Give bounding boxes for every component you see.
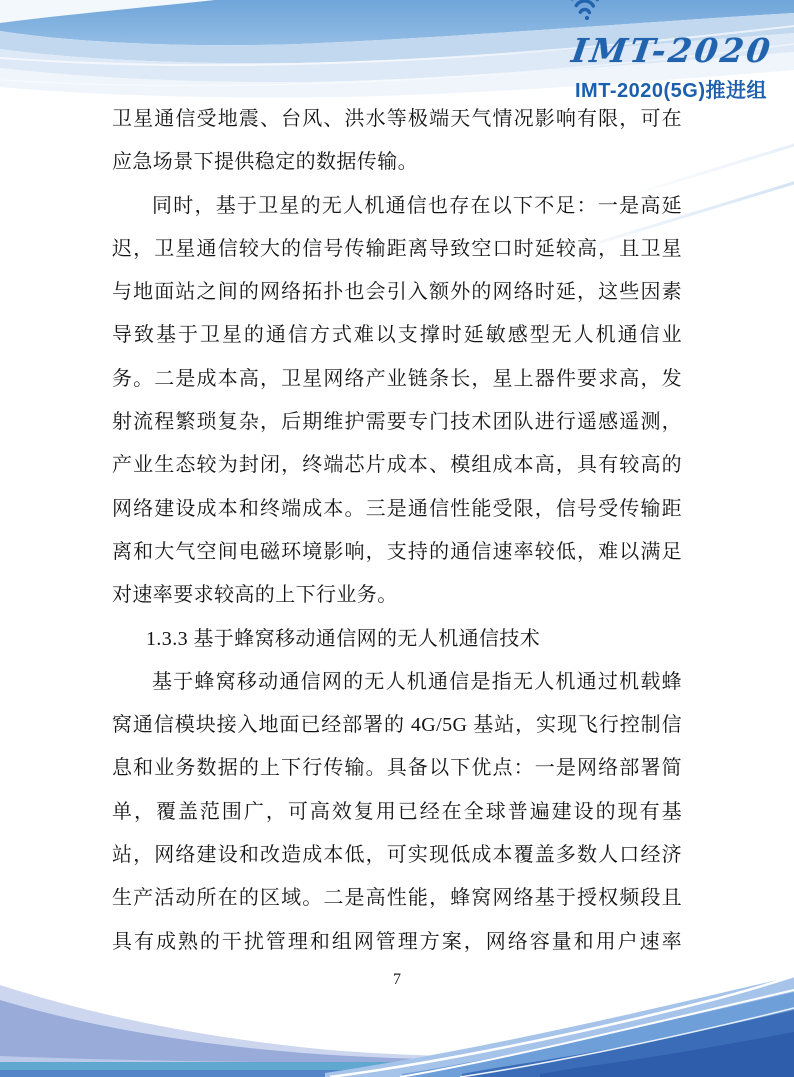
document-body: 卫星通信受地震、台风、洪水等极端天气情况影响有限，可在应急场景下提供稳定的数据传… <box>112 98 682 1051</box>
imt2020-logo-block: IMT-2020 IMT-2020(5G)推进组 <box>566 10 776 103</box>
section-heading: 1.3.3 基于蜂窝移动通信网的无人机通信技术 <box>112 618 682 661</box>
logo-wordmark: IMT-2020 <box>569 34 774 67</box>
document-page: IMT-2020 IMT-2020(5G)推进组 卫星通信受地震、台风、洪水等极… <box>0 0 794 1077</box>
paragraph: 卫星通信受地震、台风、洪水等极端天气情况影响有限，可在应急场景下提供稳定的数据传… <box>112 98 682 185</box>
page-number: 7 <box>0 971 794 989</box>
wifi-signal-icon <box>566 0 614 20</box>
imt2020-logo: IMT-2020 <box>570 10 773 67</box>
paragraph: 同时，基于卫星的无人机通信也存在以下不足：一是高延迟，卫星通信较大的信号传输距离… <box>112 185 682 618</box>
